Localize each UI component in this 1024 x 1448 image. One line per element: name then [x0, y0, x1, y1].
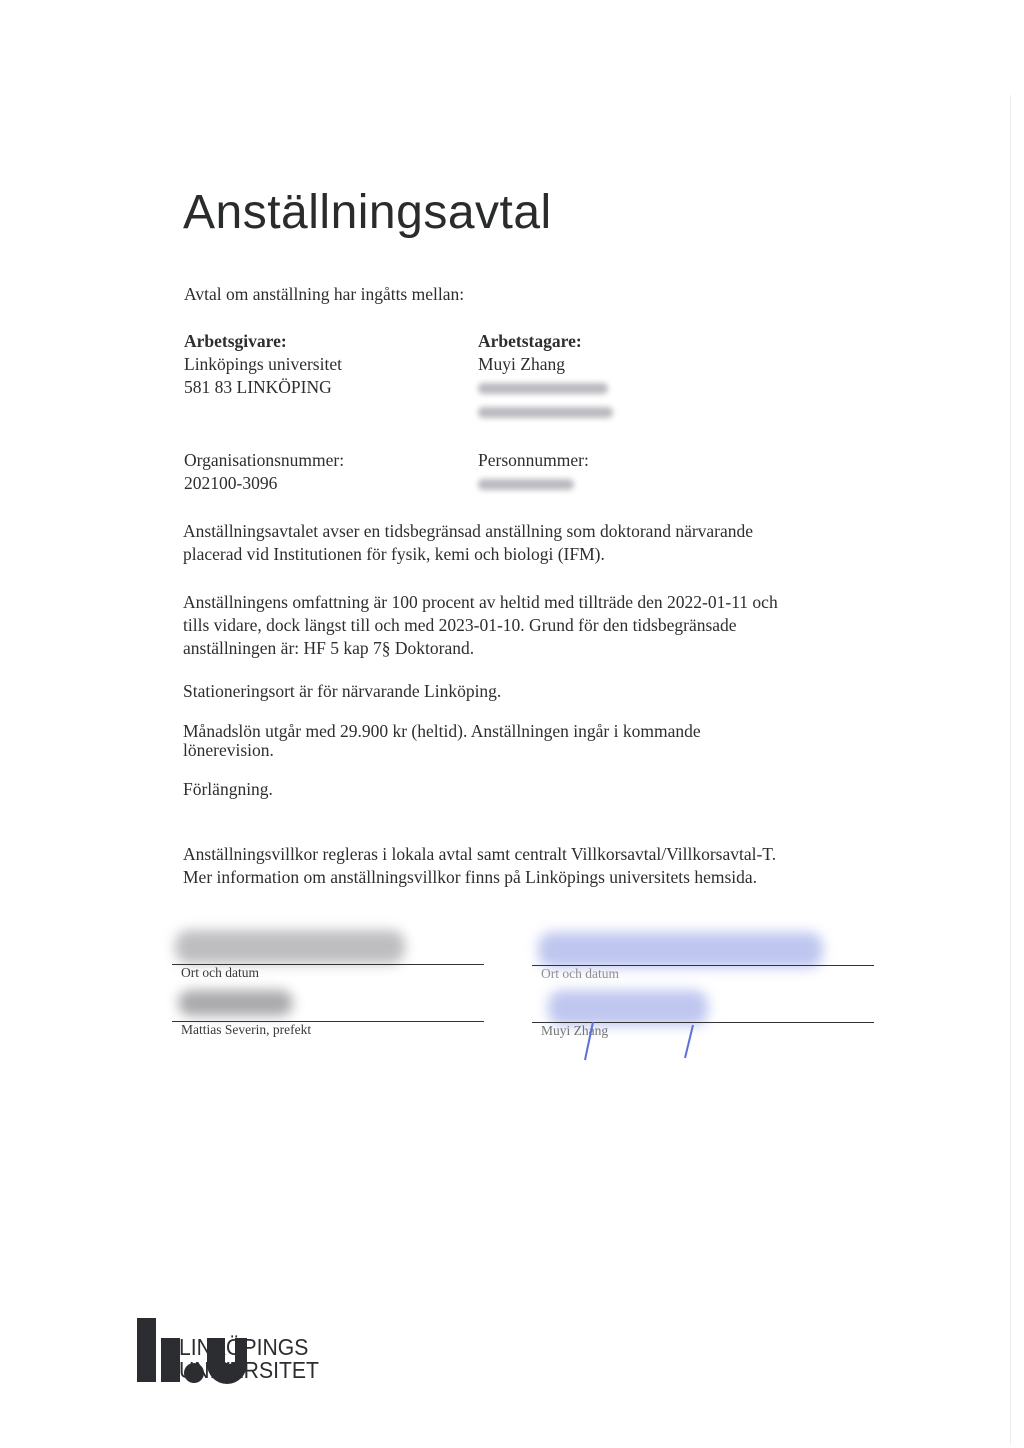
personal-number-redacted	[478, 472, 589, 496]
paragraph-extension: Förlängning.	[183, 778, 863, 801]
paragraph-line: Förlängning.	[183, 778, 863, 801]
paragraph-line: anställningen är: HF 5 kap 7§ Doktorand.	[183, 637, 863, 660]
employee-heading: Arbetstagare:	[478, 330, 613, 353]
employer-name: Linköpings universitet	[184, 353, 342, 376]
place-date-label: Ort och datum	[181, 965, 259, 981]
paragraph-line: Stationeringsort är för närvarande Linkö…	[183, 680, 863, 703]
signature-scribble-place-date	[538, 932, 823, 968]
page-edge-line	[1010, 95, 1011, 1445]
paragraph-employment-type: Anställningsavtalet avser en tidsbegräns…	[183, 520, 863, 566]
paragraph-scope: Anställningens omfattning är 100 procent…	[183, 591, 863, 660]
paragraph-salary: Månadslön utgår med 29.900 kr (heltid). …	[183, 720, 863, 762]
signature-scribble	[178, 990, 293, 1016]
logo-line-2: UNIVERSITET	[179, 1359, 319, 1382]
org-number-value: 202100-3096	[184, 472, 344, 495]
signer-label: Mattias Severin, prefekt	[181, 1022, 311, 1038]
employer-address: 581 83 LINKÖPING	[184, 376, 342, 399]
logo-line-1: LINKÖPINGS	[179, 1336, 319, 1359]
employee-name: Muyi Zhang	[478, 353, 613, 376]
logo-wordmark: LINKÖPINGS UNIVERSITET	[179, 1336, 319, 1382]
place-date-label: Ort och datum	[541, 966, 619, 982]
org-number-block: Organisationsnummer: 202100-3096	[184, 449, 344, 495]
personal-number-label: Personnummer:	[478, 449, 589, 472]
paragraph-line: Anställningsvillkor regleras i lokala av…	[183, 843, 863, 866]
employer-heading: Arbetsgivare:	[184, 330, 342, 353]
employee-block: Arbetstagare: Muyi Zhang	[478, 330, 613, 424]
paragraph-terms: Anställningsvillkor regleras i lokala av…	[183, 843, 863, 889]
employee-address-redacted-2	[478, 400, 613, 424]
intro-text: Avtal om anställning har ingåtts mellan:	[184, 283, 464, 306]
document-title: Anställningsavtal	[183, 183, 552, 243]
employer-block: Arbetsgivare: Linköpings universitet 581…	[184, 330, 342, 399]
personal-number-block: Personnummer:	[478, 449, 589, 496]
paragraph-line: Anställningsavtalet avser en tidsbegräns…	[183, 520, 863, 543]
paragraph-line: Mer information om anställningsvillkor f…	[183, 866, 863, 889]
paragraph-line: tills vidare, dock längst till och med 2…	[183, 614, 863, 637]
org-number-label: Organisationsnummer:	[184, 449, 344, 472]
paragraph-location: Stationeringsort är för närvarande Linkö…	[183, 680, 863, 703]
paragraph-line: Anställningens omfattning är 100 procent…	[183, 591, 863, 614]
signature-ink-strokes	[575, 1020, 705, 1065]
employee-address-redacted-1	[478, 376, 613, 400]
signature-scribble-place-date	[175, 930, 405, 964]
paragraph-line: placerad vid Institutionen för fysik, ke…	[183, 543, 863, 566]
